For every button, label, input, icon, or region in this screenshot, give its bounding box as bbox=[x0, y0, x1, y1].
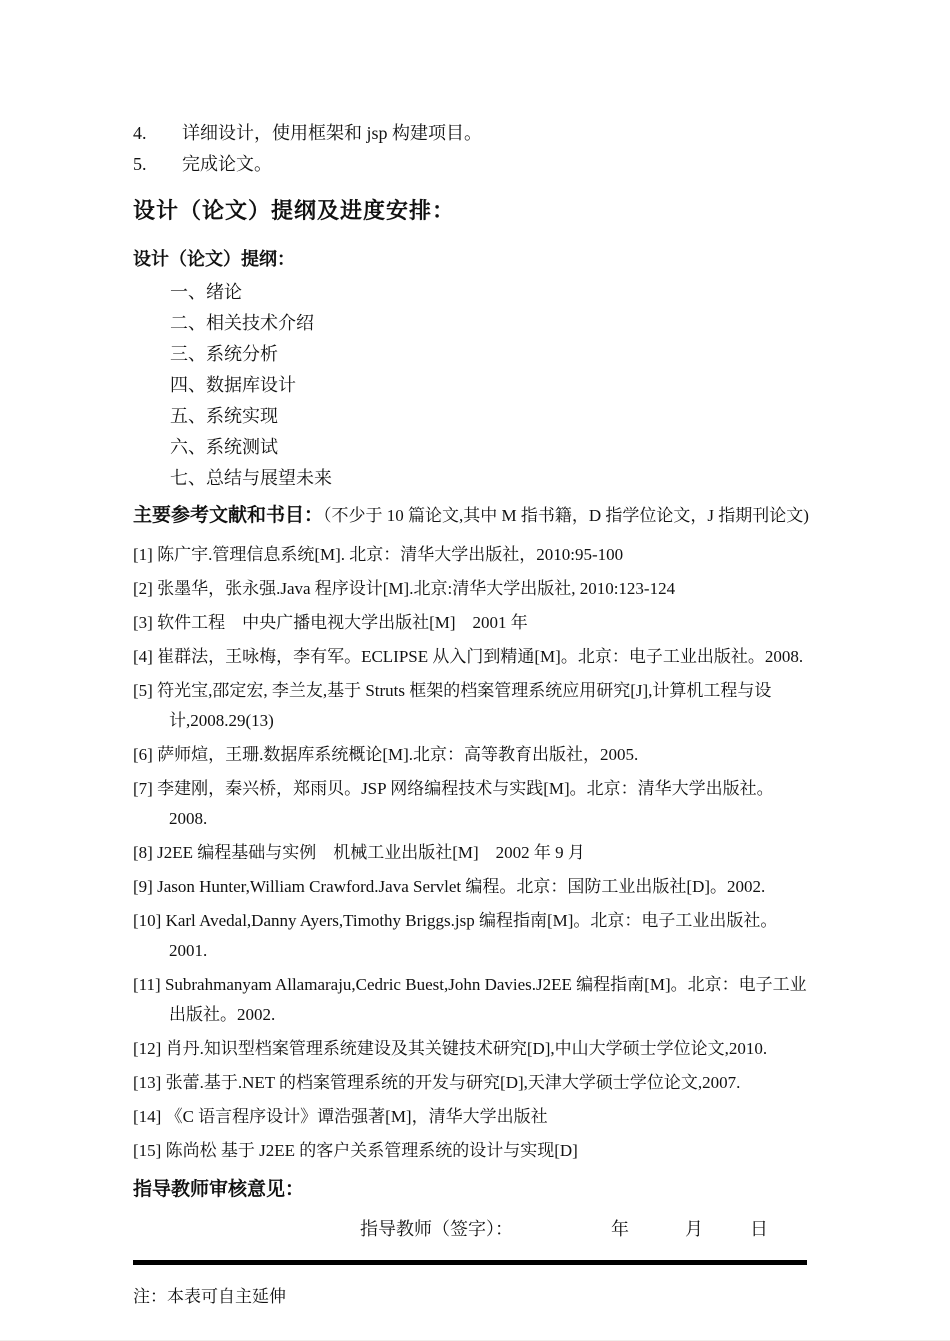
review-heading: 指导教师审核意见： bbox=[133, 1174, 810, 1201]
reference-item: [2] 张墨华，张永强.Java 程序设计[M].北京:清华大学出版社, 201… bbox=[133, 574, 810, 604]
reference-item: [9] Jason Hunter,William Crawford.Java S… bbox=[133, 872, 810, 902]
reference-item: [15] 陈尚松 基于 J2EE 的客户关系管理系统的设计与实现[D] bbox=[133, 1136, 810, 1166]
references-heading: 主要参考文献和书目： bbox=[133, 505, 323, 526]
signature-row: 指导教师（签字）：年月日 bbox=[360, 1215, 810, 1241]
task-number: 4. bbox=[133, 118, 182, 149]
date-year-label: 年 bbox=[611, 1215, 629, 1241]
task-item: 4.详细设计，使用框架和 jsp 构建项目。 bbox=[133, 118, 810, 149]
outline-item: 二、相关技术介绍 bbox=[170, 308, 810, 339]
reference-item: [14] 《C 语言程序设计》谭浩强著[M]，清华大学出版社 bbox=[133, 1102, 810, 1132]
reference-item: [7] 李建刚，秦兴桥，郑雨贝。JSP 网络编程技术与实践[M]。北京：清华大学… bbox=[133, 774, 810, 834]
reference-item: [3] 软件工程 中央广播电视大学出版社[M] 2001 年 bbox=[133, 608, 810, 638]
reference-item: [4] 崔群法，王咏梅，李有军。ECLIPSE 从入门到精通[M]。北京：电子工… bbox=[133, 642, 810, 672]
task-number: 5. bbox=[133, 149, 182, 180]
outline-item: 一、绪论 bbox=[170, 277, 810, 308]
reference-item: [1] 陈广宇.管理信息系统[M]. 北京：清华大学出版社，2010:95-10… bbox=[133, 540, 810, 570]
reference-item: [11] Subrahmanyam Allamaraju,Cedric Bues… bbox=[133, 970, 810, 1030]
reference-item: [8] J2EE 编程基础与实例 机械工业出版社[M] 2002 年 9 月 bbox=[133, 838, 810, 868]
task-list: 4.详细设计，使用框架和 jsp 构建项目。 5.完成论文。 bbox=[133, 118, 810, 180]
document-page: 4.详细设计，使用框架和 jsp 构建项目。 5.完成论文。 设计（论文）提纲及… bbox=[0, 0, 950, 1341]
reference-item: [6] 萨师煊，王珊.数据库系统概论[M].北京：高等教育出版社，2005. bbox=[133, 740, 810, 770]
task-text: 详细设计，使用框架和 jsp 构建项目。 bbox=[182, 123, 482, 143]
references-intro: 主要参考文献和书目：（不少于 10 篇论文,其中 M 指书籍，D 指学位论文，J… bbox=[133, 499, 810, 532]
task-text: 完成论文。 bbox=[182, 154, 272, 174]
double-horizontal-rule bbox=[133, 1258, 807, 1265]
task-item: 5.完成论文。 bbox=[133, 149, 810, 180]
footnote: 注：本表可自主延伸 bbox=[133, 1284, 810, 1310]
reference-item: [12] 肖丹.知识型档案管理系统建设及其关键技术研究[D],中山大学硕士学位论… bbox=[133, 1034, 810, 1064]
section-heading: 设计（论文）提纲及进度安排： bbox=[133, 194, 810, 225]
reference-list: [1] 陈广宇.管理信息系统[M]. 北京：清华大学出版社，2010:95-10… bbox=[133, 540, 810, 1166]
outline-item: 四、数据库设计 bbox=[170, 370, 810, 401]
outline-list: 一、绪论二、相关技术介绍三、系统分析四、数据库设计五、系统实现六、系统测试七、总… bbox=[170, 277, 810, 494]
outline-item: 三、系统分析 bbox=[170, 339, 810, 370]
date-day-label: 日 bbox=[750, 1215, 768, 1241]
outline-item: 七、总结与展望未来 bbox=[170, 463, 810, 494]
date-month-label: 月 bbox=[685, 1215, 703, 1241]
outline-item: 五、系统实现 bbox=[170, 401, 810, 432]
outline-item: 六、系统测试 bbox=[170, 432, 810, 463]
reference-item: [10] Karl Avedal,Danny Ayers,Timothy Bri… bbox=[133, 906, 810, 966]
references-note: （不少于 10 篇论文,其中 M 指书籍，D 指学位论文，J 指期刊论文) bbox=[323, 506, 809, 525]
reference-item: [13] 张蕾.基于.NET 的档案管理系统的开发与研究[D],天津大学硕士学位… bbox=[133, 1068, 810, 1098]
outline-heading: 设计（论文）提纲： bbox=[133, 245, 810, 271]
reference-item: [5] 符光宝,邵定宏, 李兰友,基于 Struts 框架的档案管理系统应用研究… bbox=[133, 676, 810, 736]
signature-label: 指导教师（签字）： bbox=[360, 1215, 513, 1241]
